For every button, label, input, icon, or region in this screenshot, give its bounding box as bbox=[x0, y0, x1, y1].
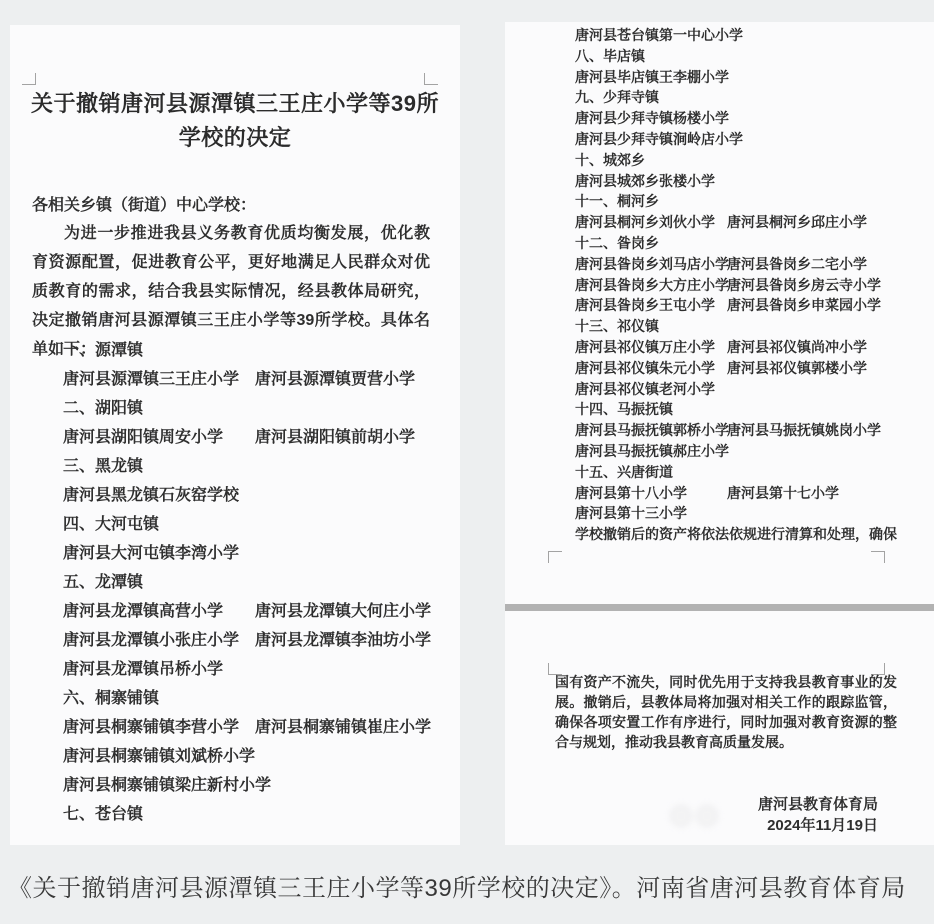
school-line: 唐河县苍台镇第一中心小学 bbox=[575, 25, 928, 46]
township-heading: 九、少拜寺镇 bbox=[575, 87, 928, 108]
school-list-page2: 唐河县苍台镇第一中心小学八、毕店镇唐河县毕店镇王李棚小学九、少拜寺镇唐河县少拜寺… bbox=[575, 25, 928, 545]
page-break-divider bbox=[505, 604, 934, 611]
school-line: 唐河县黑龙镇石灰窑学校 bbox=[63, 481, 452, 510]
school-name: 唐河县昝岗乡申菜园小学 bbox=[727, 295, 881, 316]
township-heading: 十、城郊乡 bbox=[575, 150, 928, 171]
text-boundary-corner-mark bbox=[424, 73, 438, 85]
township-heading: 四、大河屯镇 bbox=[63, 510, 452, 539]
salutation: 各相关乡镇（街道）中心学校： bbox=[32, 196, 256, 216]
school-line: 唐河县源潭镇三王庄小学唐河县源潭镇贾营小学 bbox=[63, 365, 452, 394]
school-name: 唐河县马振抚镇郭桥小学 bbox=[575, 420, 727, 441]
school-name: 唐河县昝岗乡刘马店小学 bbox=[575, 254, 727, 275]
school-name: 唐河县昝岗乡房云寺小学 bbox=[727, 275, 881, 296]
township-heading: 二、湖阳镇 bbox=[63, 394, 452, 423]
township-heading: 十五、兴唐街道 bbox=[575, 462, 928, 483]
school-line: 唐河县祁仪镇朱元小学唐河县祁仪镇郭楼小学 bbox=[575, 358, 928, 379]
township-heading: 五、龙潭镇 bbox=[63, 568, 452, 597]
school-name: 唐河县湖阳镇前胡小学 bbox=[255, 423, 415, 452]
school-line: 唐河县昝岗乡王屯小学唐河县昝岗乡申菜园小学 bbox=[575, 295, 928, 316]
school-line: 唐河县昝岗乡大方庄小学唐河县昝岗乡房云寺小学 bbox=[575, 275, 928, 296]
school-name: 唐河县祁仪镇万庄小学 bbox=[575, 337, 727, 358]
issuing-authority: 唐河县教育体育局 bbox=[758, 794, 878, 815]
school-line: 唐河县马振抚镇郭桥小学唐河县马振抚镇姚岗小学 bbox=[575, 420, 928, 441]
school-name: 唐河县第十八小学 bbox=[575, 483, 727, 504]
school-line: 唐河县桐寨铺镇刘斌桥小学 bbox=[63, 742, 452, 771]
township-heading: 十三、祁仪镇 bbox=[575, 316, 928, 337]
screenshot-root: { "colors": { "background": "#edeff0", "… bbox=[0, 0, 934, 924]
school-name: 唐河县源潭镇贾营小学 bbox=[255, 365, 415, 394]
school-name: 唐河县桐寨铺镇李营小学 bbox=[63, 713, 255, 742]
school-line: 唐河县龙潭镇吊桥小学 bbox=[63, 655, 452, 684]
school-name: 唐河县龙潭镇小张庄小学 bbox=[63, 626, 255, 655]
school-line: 唐河县毕店镇王李棚小学 bbox=[575, 67, 928, 88]
school-line: 唐河县第十八小学唐河县第十七小学 bbox=[575, 483, 928, 504]
school-name: 唐河县龙潭镇大何庄小学 bbox=[255, 597, 431, 626]
school-line: 唐河县第十三小学 bbox=[575, 503, 928, 524]
school-name: 唐河县祁仪镇郭楼小学 bbox=[727, 358, 867, 379]
township-heading: 六、桐寨铺镇 bbox=[63, 684, 452, 713]
school-line: 唐河县龙潭镇小张庄小学唐河县龙潭镇李油坊小学 bbox=[63, 626, 452, 655]
township-heading: 十四、马振抚镇 bbox=[575, 399, 928, 420]
school-name: 唐河县祁仪镇朱元小学 bbox=[575, 358, 727, 379]
school-line: 唐河县城郊乡张楼小学 bbox=[575, 171, 928, 192]
document-page-2: 唐河县苍台镇第一中心小学八、毕店镇唐河县毕店镇王李棚小学九、少拜寺镇唐河县少拜寺… bbox=[505, 22, 934, 845]
school-list-page1: 一、源潭镇唐河县源潭镇三王庄小学唐河县源潭镇贾营小学二、湖阳镇唐河县湖阳镇周安小… bbox=[63, 336, 452, 829]
school-name: 唐河县源潭镇三王庄小学 bbox=[63, 365, 255, 394]
township-heading: 十一、桐河乡 bbox=[575, 191, 928, 212]
school-name: 唐河县昝岗乡二宅小学 bbox=[727, 254, 867, 275]
school-line: 唐河县少拜寺镇杨楼小学 bbox=[575, 108, 928, 129]
school-name: 唐河县祁仪镇尚冲小学 bbox=[727, 337, 867, 358]
issue-date: 2024年11月19日 bbox=[758, 815, 878, 836]
blurred-seal bbox=[673, 808, 715, 824]
school-line: 唐河县祁仪镇老河小学 bbox=[575, 379, 928, 400]
school-line: 唐河县昝岗乡刘马店小学唐河县昝岗乡二宅小学 bbox=[575, 254, 928, 275]
township-heading: 十二、昝岗乡 bbox=[575, 233, 928, 254]
school-name: 唐河县龙潭镇高营小学 bbox=[63, 597, 255, 626]
signature-block: 唐河县教育体育局 2024年11月19日 bbox=[758, 794, 878, 836]
school-name: 唐河县昝岗乡王屯小学 bbox=[575, 295, 727, 316]
school-name: 唐河县第十七小学 bbox=[727, 483, 839, 504]
closing-paragraph: 国有资产不流失，同时优先用于支持我县教育事业的发展。撤销后，县教体局将加强对相关… bbox=[555, 672, 897, 752]
township-heading: 一、源潭镇 bbox=[63, 336, 452, 365]
school-line: 唐河县少拜寺镇涧岭店小学 bbox=[575, 129, 928, 150]
township-heading: 七、苍台镇 bbox=[63, 800, 452, 829]
school-line: 唐河县祁仪镇万庄小学唐河县祁仪镇尚冲小学 bbox=[575, 337, 928, 358]
township-heading: 三、黑龙镇 bbox=[63, 452, 452, 481]
school-line: 唐河县马振抚镇郝庄小学 bbox=[575, 441, 928, 462]
school-line: 唐河县桐寨铺镇李营小学唐河县桐寨铺镇崔庄小学 bbox=[63, 713, 452, 742]
school-name: 唐河县湖阳镇周安小学 bbox=[63, 423, 255, 452]
document-title-line2: 学校的决定 bbox=[10, 121, 460, 155]
document-title: 关于撤销唐河县源潭镇三王庄小学等39所 学校的决定 bbox=[10, 87, 460, 155]
school-line: 唐河县桐寨铺镇梁庄新村小学 bbox=[63, 771, 452, 800]
text-boundary-corner-mark bbox=[548, 551, 562, 563]
image-caption: 《关于撤销唐河县源潭镇三王庄小学等39所学校的决定》。河南省唐河县教育体育局 bbox=[8, 868, 930, 903]
school-line: 唐河县大河屯镇李湾小学 bbox=[63, 539, 452, 568]
school-name: 唐河县昝岗乡大方庄小学 bbox=[575, 275, 727, 296]
text-boundary-corner-mark bbox=[871, 551, 885, 563]
document-page-1: 关于撤销唐河县源潭镇三王庄小学等39所 学校的决定 各相关乡镇（街道）中心学校：… bbox=[10, 25, 460, 845]
text-boundary-corner-mark bbox=[22, 73, 36, 85]
school-line: 唐河县龙潭镇高营小学唐河县龙潭镇大何庄小学 bbox=[63, 597, 452, 626]
school-name: 唐河县马振抚镇姚岗小学 bbox=[727, 420, 881, 441]
school-line: 学校撤销后的资产将依法依规进行清算和处理，确保 bbox=[575, 524, 928, 545]
school-name: 唐河县龙潭镇李油坊小学 bbox=[255, 626, 431, 655]
school-line: 唐河县湖阳镇周安小学唐河县湖阳镇前胡小学 bbox=[63, 423, 452, 452]
township-heading: 八、毕店镇 bbox=[575, 46, 928, 67]
school-name: 唐河县桐寨铺镇崔庄小学 bbox=[255, 713, 431, 742]
school-name: 唐河县桐河乡刘伙小学 bbox=[575, 212, 727, 233]
school-line: 唐河县桐河乡刘伙小学唐河县桐河乡邱庄小学 bbox=[575, 212, 928, 233]
school-name: 唐河县桐河乡邱庄小学 bbox=[727, 212, 867, 233]
document-title-line1: 关于撤销唐河县源潭镇三王庄小学等39所 bbox=[10, 87, 460, 121]
